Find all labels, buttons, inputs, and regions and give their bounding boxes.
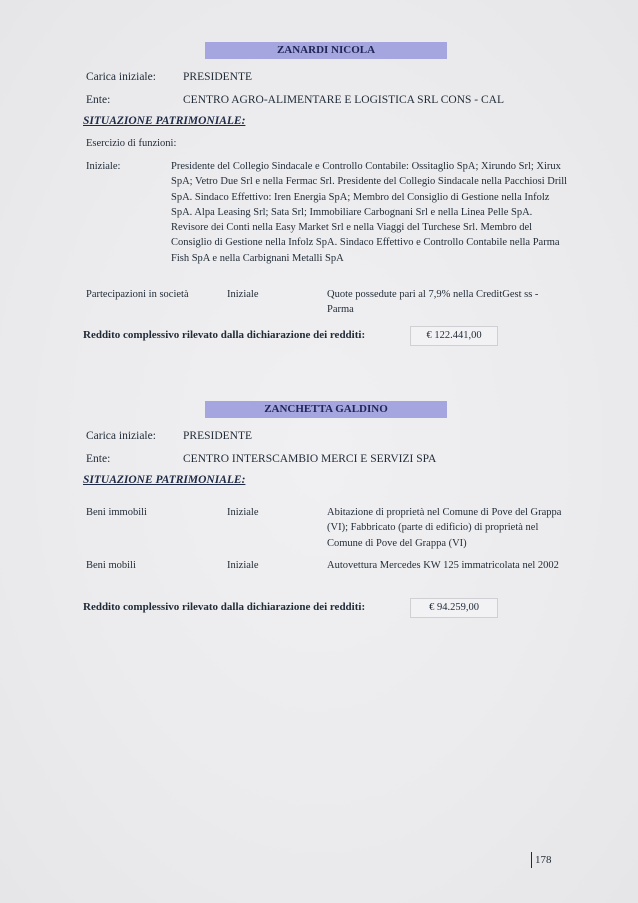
carica-value: PRESIDENTE	[183, 70, 252, 84]
row-status: Iniziale	[227, 506, 258, 520]
ente-label: Ente:	[86, 452, 110, 466]
ente-value: CENTRO AGRO-ALIMENTARE E LOGISTICA SRL C…	[183, 93, 504, 107]
section-title: SITUAZIONE PATRIMONIALE:	[83, 474, 245, 486]
carica-label: Carica iniziale:	[86, 429, 156, 443]
person-name-header: ZANARDI NICOLA	[205, 42, 447, 59]
reddito-amount: € 122.441,00	[410, 326, 498, 346]
row-status: Iniziale	[227, 559, 258, 573]
page-number: 178	[531, 852, 552, 868]
ente-label: Ente:	[86, 93, 110, 107]
iniziale-label: Iniziale:	[86, 160, 120, 174]
row-category: Beni immobili	[86, 506, 147, 520]
reddito-amount: € 94.259,00	[410, 598, 498, 618]
row-category: Partecipazioni in società	[86, 288, 189, 302]
esercizio-label: Esercizio di funzioni:	[86, 137, 176, 151]
carica-label: Carica iniziale:	[86, 70, 156, 84]
reddito-label: Reddito complessivo rilevato dalla dichi…	[83, 601, 365, 613]
row-description: Abitazione di proprietà nel Comune di Po…	[327, 505, 567, 551]
ente-value: CENTRO INTERSCAMBIO MERCI E SERVIZI SPA	[183, 452, 436, 466]
iniziale-text: Presidente del Collegio Sindacale e Cont…	[171, 159, 571, 266]
row-status: Iniziale	[227, 288, 258, 302]
carica-value: PRESIDENTE	[183, 429, 252, 443]
row-category: Beni mobili	[86, 559, 136, 573]
reddito-label: Reddito complessivo rilevato dalla dichi…	[83, 329, 365, 341]
person-name-header: ZANCHETTA GALDINO	[205, 401, 447, 418]
section-title: SITUAZIONE PATRIMONIALE:	[83, 115, 245, 127]
row-description: Quote possedute pari al 7,9% nella Credi…	[327, 287, 567, 318]
document-page: ZANARDI NICOLA Carica iniziale: PRESIDEN…	[0, 0, 638, 903]
row-description: Autovettura Mercedes KW 125 immatricolat…	[327, 558, 567, 573]
